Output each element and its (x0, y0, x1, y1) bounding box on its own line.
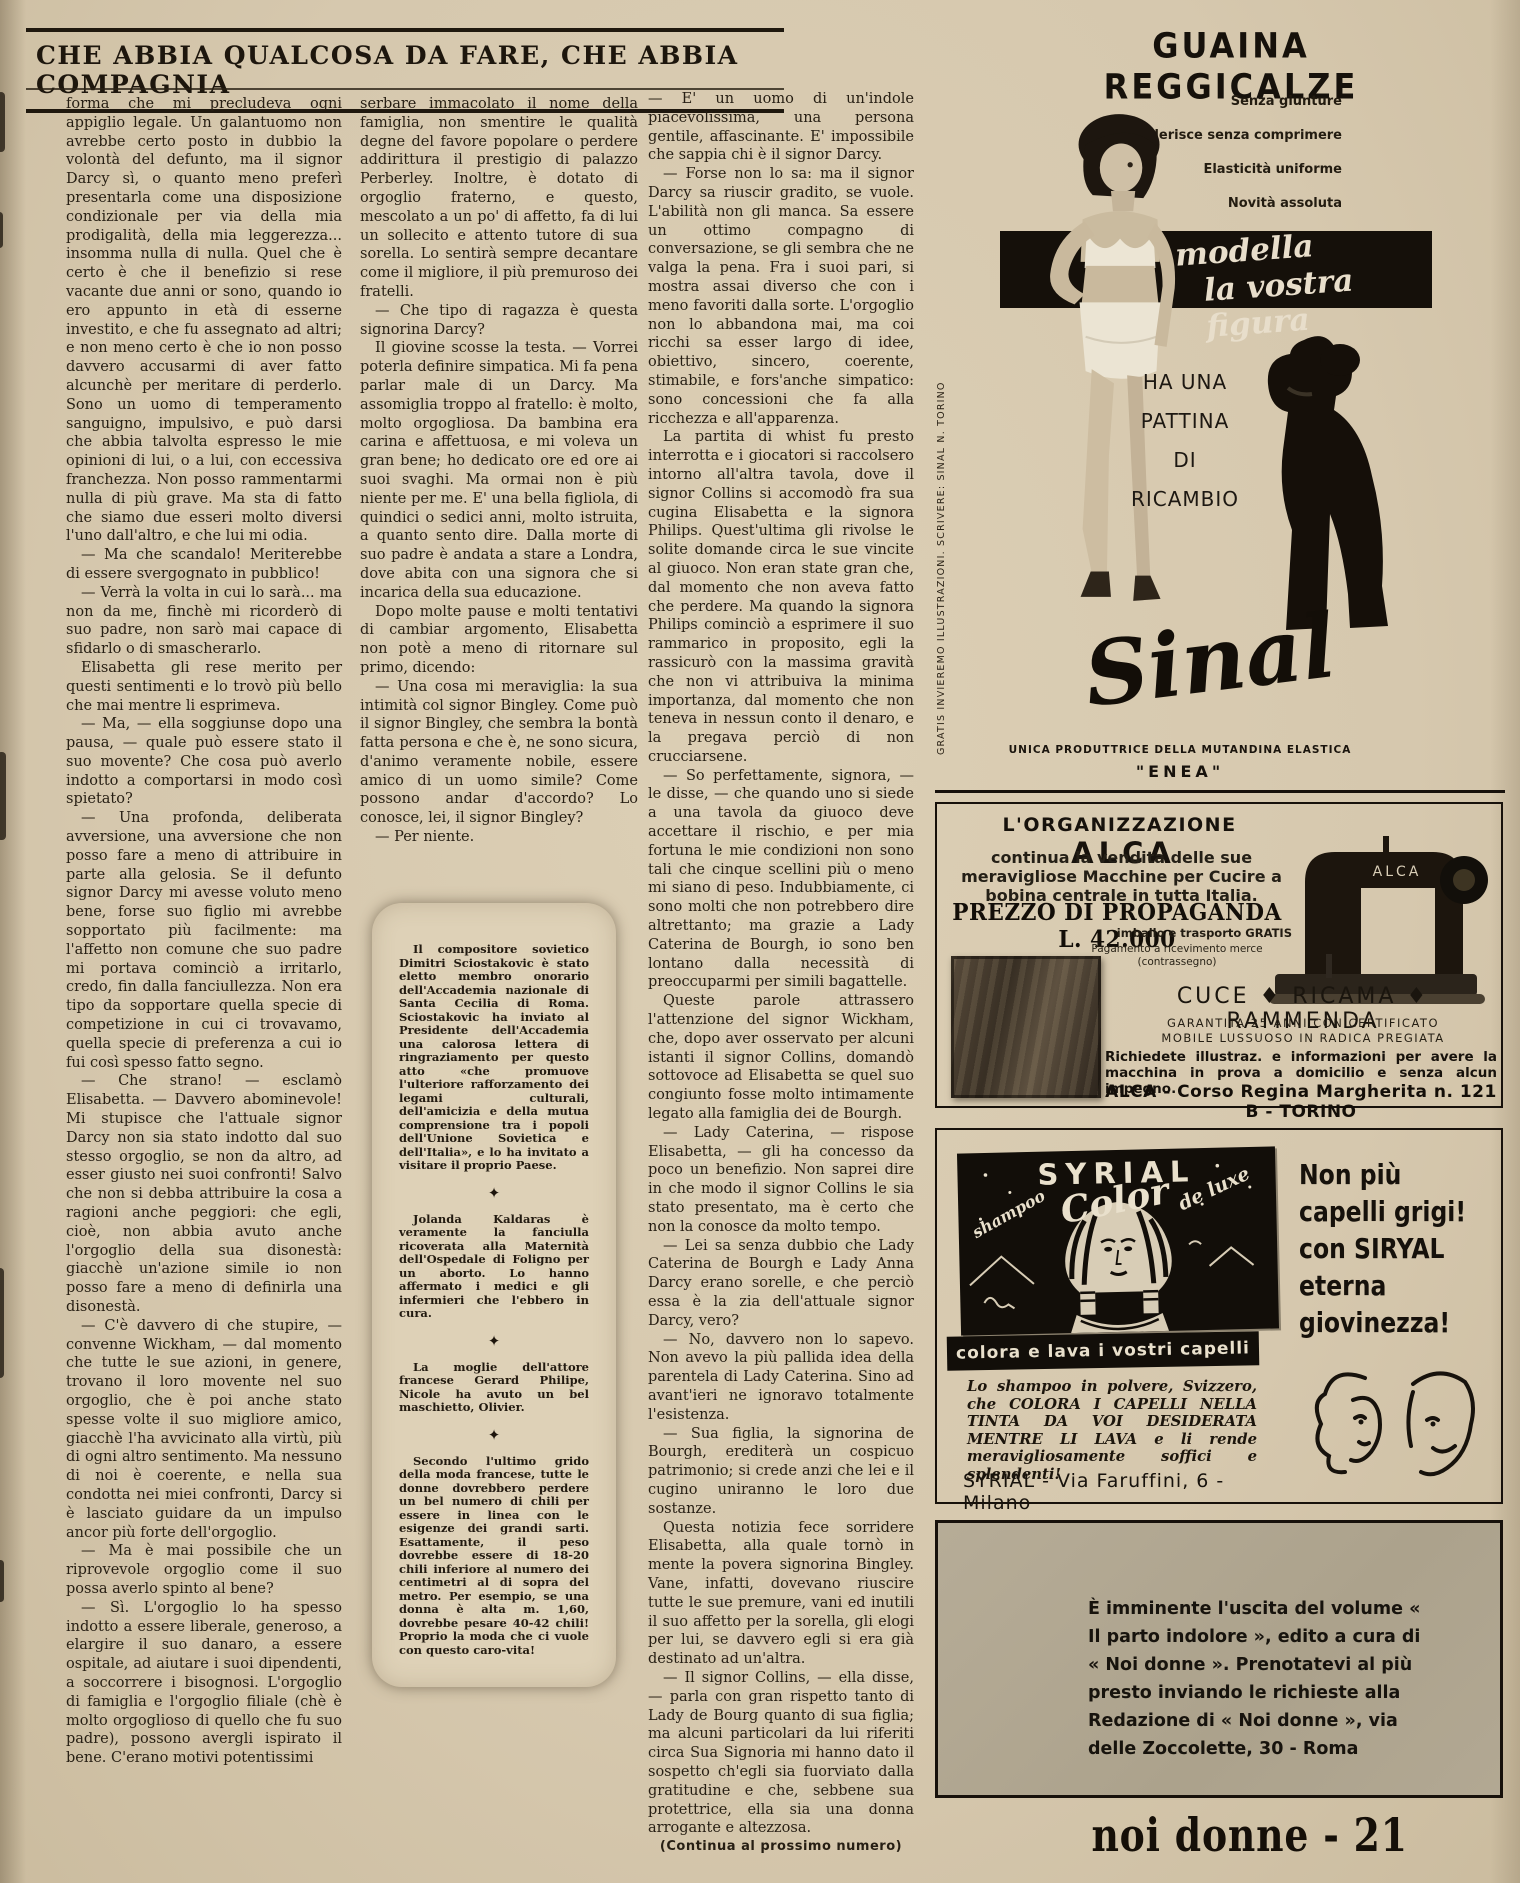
paragraph: — No, davvero non lo sapevo. Non avevo l… (648, 1331, 914, 1425)
paragraph: — Lady Caterina, — rispose Elisabetta, —… (648, 1124, 914, 1237)
news-item: Secondo l'ultimo grido della moda france… (399, 1455, 589, 1658)
sinal-logo: Sinal (1050, 589, 1370, 730)
alca-ad: L'ORGANIZZAZIONE ALCA continua la vendit… (935, 802, 1503, 1108)
paragraph: — Che tipo di ragazza è questa signorina… (360, 302, 638, 340)
paragraph: La partita di whist fu presto interrotta… (648, 428, 914, 766)
paragraph: forma che mi precludeva ogni appiglio le… (66, 95, 342, 546)
syrial-headline-line: con SIRYAL (1299, 1230, 1467, 1267)
sinal-product-name: "ENEA" (995, 762, 1365, 781)
magazine-page: CHE ABBIA QUALCOSA DA FARE, CHE ABBIA CO… (0, 0, 1520, 1883)
syrial-ad: SYRIAL shampoo Color de luxe colora e la… (935, 1128, 1503, 1504)
paragraph: Questa notizia fece sorridere Elisabetta… (648, 1519, 914, 1669)
paragraph: — Verrà la volta in cui lo sarà... ma no… (66, 584, 342, 659)
paragraph: — Che strano! — esclamò Elisabetta. — Da… (66, 1072, 342, 1316)
story-column-2: serbare immacolato il nome della famigli… (360, 95, 638, 847)
story-column-3: — E' un uomo di un'indole piacevolissima… (648, 90, 914, 1857)
paragraph: — Sì. L'orgoglio lo ha spesso indotto a … (66, 1599, 342, 1768)
paragraph: — Per niente. (360, 828, 638, 847)
story-title: CHE ABBIA QUALCOSA DA FARE, CHE ABBIA CO… (36, 41, 739, 99)
paragraph: — Ma, — ella soggiunse dopo una pausa, —… (66, 715, 342, 809)
syrial-headline-line: giovinezza! (1299, 1304, 1467, 1341)
alca-address: ALCA - Corso Regina Margherita n. 121 B … (1105, 1082, 1497, 1122)
paragraph: Dopo molte pause e molti tentativi di ca… (360, 603, 638, 678)
paragraph: — Ma che scandalo! Meriterebbe di essere… (66, 546, 342, 584)
syrial-headline-line: capelli grigi! (1299, 1193, 1467, 1230)
alca-guarantee-line2: MOBILE LUSSUOSO IN RADICA PREGIATA (1107, 1031, 1499, 1045)
ad-divider-rule (935, 790, 1505, 793)
sewing-cabinet-photo (951, 956, 1101, 1098)
diamond-separator-icon: ✦ (399, 1184, 589, 1202)
syrial-body-text: Lo shampoo in polvere, Svizzero, che COL… (967, 1378, 1257, 1484)
page-footer: noi donne - 21 (1092, 1808, 1408, 1862)
paragraph: Queste parole attrassero l'attenzione de… (648, 992, 914, 1124)
paragraph: — Una cosa mi meraviglia: la sua intimit… (360, 678, 638, 828)
binding-mark (0, 752, 6, 840)
book-announcement-text: È imminente l'uscita del volume « Il par… (1088, 1595, 1423, 1763)
binding-mark (0, 1268, 4, 1378)
syrial-headline-line: eterna (1299, 1267, 1467, 1304)
woman-model-photo (988, 104, 1244, 610)
paragraph: serbare immacolato il nome della famigli… (360, 95, 638, 302)
news-item: Jolanda Kaldaras è veramente la fanciull… (399, 1213, 589, 1321)
diamond-separator-icon: ✦ (399, 1332, 589, 1350)
paragraph: — Sua figlia, la signorina de Bourgh, er… (648, 1425, 914, 1519)
syrial-headline: Non piùcapelli grigi!con SIRYALeternagio… (1299, 1156, 1467, 1341)
story-column-1: forma che mi precludeva ogni appiglio le… (66, 95, 342, 1768)
binding-mark (0, 212, 3, 248)
paragraph: Il giovine scosse la testa. — Vorrei pot… (360, 339, 638, 602)
binding-mark (0, 1560, 4, 1602)
binding-mark (0, 92, 5, 152)
paragraph: — Il signor Collins, — ella disse, — par… (648, 1669, 914, 1838)
paragraph: — E' un uomo di un'indole piacevolissima… (648, 90, 914, 165)
diamond-separator-icon: ✦ (399, 1426, 589, 1444)
syrial-address: SYRIAL - Via Faruffini, 6 - Milano (963, 1470, 1273, 1514)
syrial-headline-line: Non più (1299, 1156, 1467, 1193)
syrial-strip-slogan: colora e lava i vostri capelli (947, 1331, 1260, 1370)
paragraph: — Una profonda, deliberata avversione, u… (66, 809, 342, 1072)
paragraph: — Forse non lo sa: ma il signor Darcy sa… (648, 165, 914, 428)
paragraph: Elisabetta gli rese merito per questi se… (66, 659, 342, 715)
sinal-subtitle: UNICA PRODUTTRICE DELLA MUTANDINA ELASTI… (995, 744, 1365, 756)
news-box: Il compositore sovietico Dimitri Sciosta… (372, 903, 616, 1687)
sinal-vertical-note: GRATIS INVIEREMO ILLUSTRAZIONI. SCRIVERE… (936, 330, 947, 755)
paragraph: — Ma è mai possibile che un riprovevole … (66, 1542, 342, 1598)
alca-org-prefix: L'ORGANIZZAZIONE (1002, 814, 1236, 836)
alca-freight-note: imballo e trasporto GRATIS (977, 926, 1292, 940)
book-announcement-box: È imminente l'uscita del volume « Il par… (935, 1520, 1503, 1798)
alca-machine-label: ALCA (1373, 864, 1422, 880)
syrial-artwork: SYRIAL shampoo Color de luxe (957, 1146, 1279, 1335)
news-item: Il compositore sovietico Dimitri Sciosta… (399, 943, 589, 1173)
paragraph: — Lei sa senza dubbio che Lady Caterina … (648, 1237, 914, 1331)
continua-note: (Continua al prossimo numero) (648, 1838, 914, 1857)
alca-intro: continua la vendita delle sue meraviglio… (949, 848, 1294, 905)
two-faces-illustration (1309, 1362, 1479, 1494)
news-item: La moglie dell'attore francese Gerard Ph… (399, 1361, 589, 1415)
alca-guarantee-line1: GARANTITA 25 ANNI CON CERTIFICATO (1107, 1016, 1499, 1030)
paragraph: — C'è davvero di che stupire, — convenne… (66, 1317, 342, 1543)
paragraph: — So perfettamente, signora, — le disse,… (648, 767, 914, 993)
